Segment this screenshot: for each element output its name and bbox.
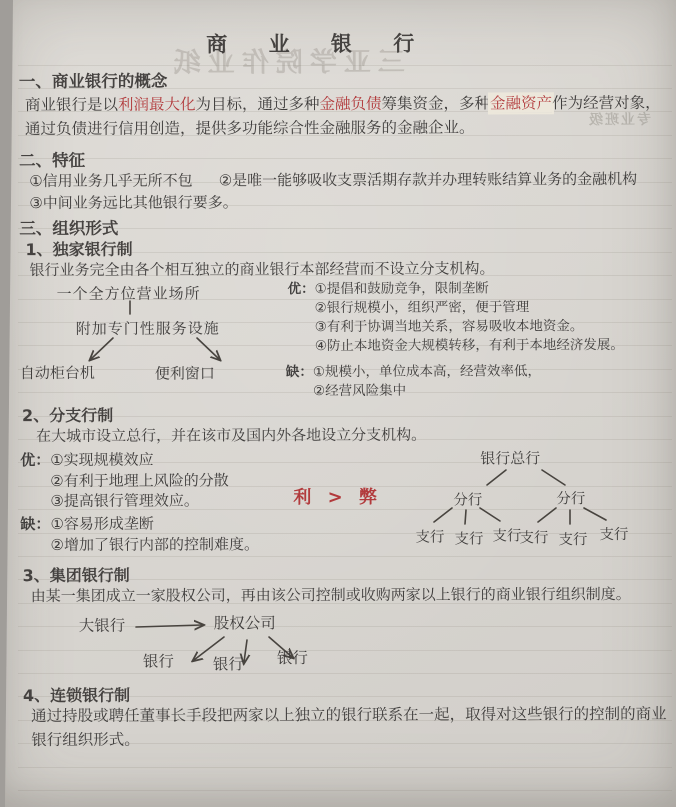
diagram-node-atm: 自动柜台机 <box>20 362 95 383</box>
tree-sub-branch: 支行 <box>454 527 483 548</box>
diagram-node-bank: 银行 <box>213 652 244 674</box>
highlight-profit-max: 利润最大化 <box>118 95 196 113</box>
cons-item: ②经营风险集中 <box>313 381 541 401</box>
pros-item: ③提高银行管理效应。 <box>50 490 229 511</box>
section-2-heading: 二、特征 <box>19 147 85 171</box>
diagram-node-bank: 银行 <box>277 646 308 668</box>
section-1-heading: 一、商业银行的概念 <box>19 68 168 93</box>
concept-text: 商业银行是以 <box>25 96 118 114</box>
pros-item: ②银行规模小，组织严密，便于管理 <box>315 298 624 318</box>
feature-item-3: ③中间业务远比其他银行要多。 <box>29 191 238 213</box>
page-title: 商 业 银 行 <box>149 27 489 58</box>
unit-4-desc: 通过持股或聘任董事长手段把两家以上独立的银行联系在一起，取得对这些银行的控制的商… <box>31 702 667 752</box>
highlight-financial-liability: 金融负债 <box>319 95 381 113</box>
unit-3-heading: 3、集团银行制 <box>23 563 130 586</box>
pros-item: ③有利于协调当地关系，容易吸收本地资金。 <box>315 317 624 337</box>
diagram-node-convenience-window: 便利窗口 <box>155 362 215 383</box>
tree-root-head-office: 银行总行 <box>480 447 540 468</box>
diagram-node-special-services: 附加专门性服务设施 <box>76 317 220 339</box>
cons-item: ①容易形成垄断 <box>50 513 259 534</box>
tree-sub-branch: 支行 <box>558 528 587 549</box>
cons-label: 缺： <box>286 363 313 382</box>
pros-item: ①提倡和鼓励竞争，限制垄断 <box>315 279 624 299</box>
tree-branch: 分行 <box>556 487 585 508</box>
tree-sub-branch: 支行 <box>492 524 521 545</box>
concept-text: 筹集资金，多种 <box>381 94 490 112</box>
unit-1-cons: 缺： ①规模小，单位成本高，经营效率低， ②经营风险集中 <box>286 362 664 401</box>
tree-sub-branch: 支行 <box>415 526 444 547</box>
concept-paragraph: 商业银行是以利润最大化为目标，通过多种金融负债筹集资金，多种金融资产作为经营对象… <box>25 92 661 141</box>
pros-label: 优： <box>288 280 315 299</box>
paper-page: 三亚学院作业纸 专业班级 商 业 银 行 一、商业银行的概念 商业银行是以利润最… <box>0 0 676 807</box>
unit-3-desc: 由某一集团成立一家股权公司，再由该公司控制或收购两家以上银行的商业银行组织制度。 <box>31 583 631 606</box>
note-content: 三亚学院作业纸 专业班级 商 业 银 行 一、商业银行的概念 商业银行是以利润最… <box>0 0 676 807</box>
unit-2-pros: 优： ①实现规模效应 ②有利于地理上风险的分散 ③提高银行管理效应。 <box>20 449 300 511</box>
diagram-node-big-bank: 大银行 <box>79 614 126 636</box>
cons-item: ②增加了银行内部的控制难度。 <box>50 534 259 555</box>
tree-branch: 分行 <box>453 488 482 509</box>
pros-item: ④防止本地资金大规模转移，有利于本地经济发展。 <box>315 336 624 356</box>
notebook-photo: 三亚学院作业纸 专业班级 商 业 银 行 一、商业银行的概念 商业银行是以利润最… <box>0 0 676 807</box>
feature-line-1: ①信用业务几乎无所不包②是唯一能够吸收支票活期存款并办理转账结算业务的金融机构 <box>29 168 637 191</box>
feature-item-2: ②是唯一能够吸收支票活期存款并办理转账结算业务的金融机构 <box>219 170 638 189</box>
feature-item-1: ①信用业务几乎无所不包 <box>29 172 193 191</box>
verdict-annotation: 利 > 弊 <box>293 483 382 509</box>
highlight-financial-asset: 金融资产 <box>490 94 552 112</box>
unit-2-heading: 2、分支行制 <box>22 403 113 426</box>
diagram-node-holding-company: 股权公司 <box>214 611 276 633</box>
unit-4-heading: 4、连锁银行制 <box>23 683 130 706</box>
section-3-heading: 三、组织形式 <box>19 215 118 239</box>
pros-item: ①实现规模效应 <box>50 449 229 470</box>
tree-sub-branch: 支行 <box>599 523 628 544</box>
unit-2-cons: 缺： ①容易形成垄断 ②增加了银行内部的控制难度。 <box>20 513 320 555</box>
pros-label: 优： <box>20 450 50 471</box>
unit-1-pros: 优： ①提倡和鼓励竞争，限制垄断 ②银行规模小，组织严密，便于管理 ③有利于协调… <box>288 279 666 356</box>
unit-1-heading: 1、独家银行制 <box>25 237 132 260</box>
concept-text: 为目标，通过多种 <box>195 95 319 113</box>
diagram-node-business-place: 一个全方位营业场所 <box>57 282 201 304</box>
pros-item: ②有利于地理上风险的分散 <box>50 470 229 491</box>
unit-2-desc: 在大城市设立总行，并在该市及国内外各地设立分支机构。 <box>36 424 426 446</box>
unit-1-desc: 银行业务完全由各个相互独立的商业银行本部经营而不设立分支机构。 <box>29 257 494 280</box>
diagram-node-bank: 银行 <box>143 650 174 672</box>
cons-label: 缺： <box>20 514 50 535</box>
cons-item: ①规模小，单位成本高，经营效率低， <box>313 362 541 382</box>
tree-sub-branch: 支行 <box>519 526 548 547</box>
